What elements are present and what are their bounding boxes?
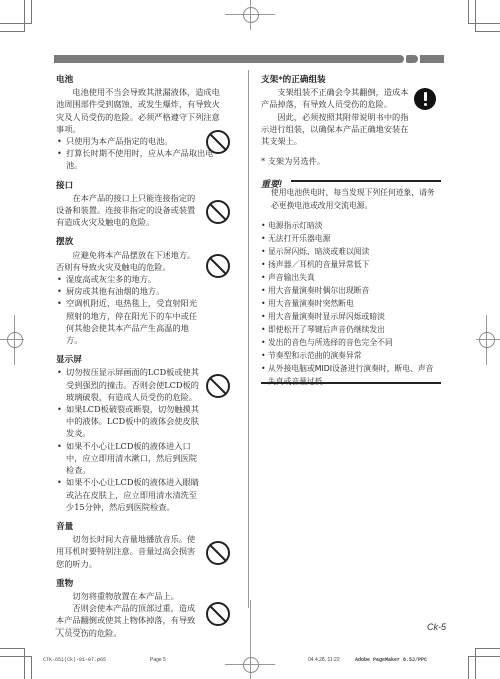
- section-title: 接口: [56, 180, 226, 192]
- paragraph: 支架组装不正确会令其翻倒，造成本产品掉落，有导致人员受伤的危险。: [261, 86, 431, 110]
- important-body: 使用电池供电时，每当发现下列任何迹象，请务必更换电池或改用交流电源。 电源指示灯…: [261, 186, 441, 388]
- crop-mark: [468, 23, 500, 24]
- section-title: 摆放: [56, 236, 226, 248]
- crop-mark: [468, 656, 500, 657]
- list-item: 打算长时期不使用时，应从本产品取出电池。: [56, 147, 226, 171]
- list-item: 切勿按压显示屏画面的LCD板或使其受到强烈的撞击。否则会使LCD板的玻璃破裂，有…: [56, 366, 202, 403]
- rule-top: [291, 180, 441, 182]
- section-display: 显示屏 切勿按压显示屏画面的LCD板或使其受到强烈的撞击。否则会使LCD板的玻璃…: [56, 354, 226, 513]
- list-item: 如果不小心让LCD板的液体进入眼睛或沾在皮肤上，应立即用清水清洗至少15分钟，然…: [56, 476, 202, 513]
- page-number: Ck-5: [427, 622, 446, 632]
- section-title: 支架*的正确组装: [261, 74, 431, 86]
- symptom-list: 电源指示灯暗淡 无法打开乐器电源 显示屏闪烁、暗淡或难以阅读 扬声器／耳机的音量…: [261, 219, 441, 388]
- crop-mark: [475, 648, 500, 649]
- list-item: 发出的音色与所选择的音色完全不同: [261, 336, 441, 349]
- list-item: 即使松开了琴键后声音仍继续发出: [261, 323, 441, 336]
- crop-mark: [0, 656, 31, 657]
- section-stand-assembly: 支架*的正确组装 支架组装不正确会令其翻倒，造成本产品掉落，有导致人员受伤的危险…: [261, 74, 431, 167]
- section-title: 电池: [56, 74, 226, 86]
- rule-bottom: [261, 382, 441, 384]
- list-item: 用大音量演奏时偶尔出现断音: [261, 284, 441, 297]
- slug-filename: CTK-651(Ck)-01-07.p65: [43, 657, 106, 663]
- paragraph: 否则会使本产品的顶部过重，造成本产品翻倒或使其上物体掉落，有导致人员受伤的危险。: [56, 602, 226, 639]
- mandatory-exclamation-icon: [414, 88, 436, 110]
- list-item: 湿度高或灰尘多的地方。: [56, 273, 202, 285]
- crop-mark: [475, 648, 476, 679]
- list-item: 声音输出失真: [261, 271, 441, 284]
- paragraph: 在本产品的接口上只能连接指定的设备和装置。连接非指定的设备或装置有造成火灾及触电…: [56, 192, 226, 229]
- crop-mark: [475, 31, 500, 32]
- list-item: 厨房或其他有油烟的地方。: [56, 285, 202, 297]
- crop-mark: [0, 648, 24, 649]
- paragraph: 切勿将重物放置在本产品上。: [56, 590, 226, 602]
- right-column: 支架*的正确组装 支架组装不正确会令其翻倒，造成本产品掉落，有导致人员受伤的危险…: [261, 66, 431, 167]
- prohibited-icon: [206, 374, 230, 398]
- list-item: 电源指示灯暗淡: [261, 219, 441, 232]
- bullet-list: 切勿按压显示屏画面的LCD板或使其受到强烈的撞击。否则会使LCD板的玻璃破裂，有…: [56, 366, 226, 512]
- paragraph: 应避免将本产品摆放在下述地方。否则有导致火灾及触电的危险。: [56, 249, 226, 273]
- crop-mark: [468, 0, 469, 24]
- list-item: 空调机附近，电热毯上，受直射阳光照射的地方，停在阳光下的车中或任何其他会使其本产…: [56, 297, 202, 346]
- bullet-list: 湿度高或灰尘多的地方。 厨房或其他有油烟的地方。 空调机附近，电热毯上，受直射阳…: [56, 273, 226, 346]
- list-item: 用大音量演奏时显示屏闪烁或暗淡: [261, 310, 441, 323]
- crop-mark: [0, 23, 31, 24]
- paragraph: 切勿长时间大音量地播放音乐。使用耳机时要特别注意。音量过高会损害您的听力。: [56, 533, 226, 570]
- list-item: 从外接电脑或MIDI设备进行演奏时，断电、声音失真或音量过低: [261, 362, 441, 388]
- section-volume: 音量 切勿长时间大音量地播放音乐。使用耳机时要特别注意。音量过高会损害您的听力。: [56, 521, 226, 570]
- slug-page: Page 5: [150, 657, 166, 663]
- section-title: 显示屏: [56, 354, 226, 366]
- list-item: 如果LCD板破裂或断裂，切勿触摸其中的液体。LCD板中的液体会使皮肤发炎。: [56, 403, 202, 440]
- prohibited-icon: [206, 254, 230, 278]
- header-bar: [54, 55, 404, 63]
- list-item: 如果不小心让LCD板的液体进入口中，应立即用清水漱口，然后到医院检查。: [56, 440, 202, 477]
- crop-mark: [24, 648, 25, 679]
- section-title: 重物: [56, 578, 226, 590]
- header-bar-segment: [420, 55, 444, 63]
- list-item: 只使用为本产品指定的电池。: [56, 135, 226, 147]
- column-divider: [248, 70, 249, 608]
- section-battery: 电池 电池使用不当会导致其泄漏液体，造成电池周围部件受到腐蚀，或发生爆炸，有导致…: [56, 74, 226, 172]
- prohibited-icon: [206, 541, 230, 565]
- crop-mark: [468, 656, 469, 679]
- left-column: 电池 电池使用不当会导致其泄漏液体，造成电池周围部件受到腐蚀，或发生爆炸，有导致…: [56, 66, 226, 639]
- prohibited-icon: [206, 602, 230, 626]
- crop-mark: [0, 31, 24, 32]
- section-title: 音量: [56, 521, 226, 533]
- paragraph: 因此，必须按照其附带说明书中的指示进行组装，以确保本产品正确地安装在其支架上。: [261, 111, 431, 148]
- section-connectors: 接口 在本产品的接口上只能连接指定的设备和装置。连接非指定的设备或装置有造成火灾…: [56, 180, 226, 229]
- slug-application: Adobe PageMaker 6.5J/PPC: [355, 657, 427, 663]
- crop-mark: [24, 0, 25, 32]
- crop-mark: [31, 0, 32, 24]
- important-intro: 使用电池供电时，每当发现下列任何迹象，请务必更换电池或改用交流电源。: [261, 186, 441, 212]
- section-placement: 摆放 应避免将本产品摆放在下述地方。否则有导致火灾及触电的危险。 湿度高或灰尘多…: [56, 236, 226, 346]
- prohibited-icon: [206, 130, 230, 154]
- list-item: 用大音量演奏时突然断电: [261, 297, 441, 310]
- prohibited-icon: [206, 200, 230, 224]
- header-bar-segment: [406, 55, 418, 63]
- bullet-list: 只使用为本产品指定的电池。 打算长时期不使用时，应从本产品取出电池。: [56, 135, 226, 172]
- footnote: * 支架为另选件。: [261, 155, 431, 167]
- crop-mark: [31, 656, 32, 679]
- list-item: 节奏型和示范曲的演奏异常: [261, 349, 441, 362]
- list-item: 无法打开乐器电源: [261, 232, 441, 245]
- list-item: 显示屏闪烁、暗淡或难以阅读: [261, 245, 441, 258]
- list-item: 扬声器／耳机的音量异常低下: [261, 258, 441, 271]
- document-code: 494A-CK-007A: [55, 626, 82, 631]
- slug-date: 04.4.28, 11:22: [308, 657, 340, 663]
- paragraph: 电池使用不当会导致其泄漏液体，造成电池周围部件受到腐蚀，或发生爆炸，有导致火灾及…: [56, 86, 226, 135]
- important-notice: 重要! 使用电池供电时，每当发现下列任何迹象，请务必更换电池或改用交流电源。 电…: [261, 172, 441, 191]
- crop-mark: [475, 0, 476, 32]
